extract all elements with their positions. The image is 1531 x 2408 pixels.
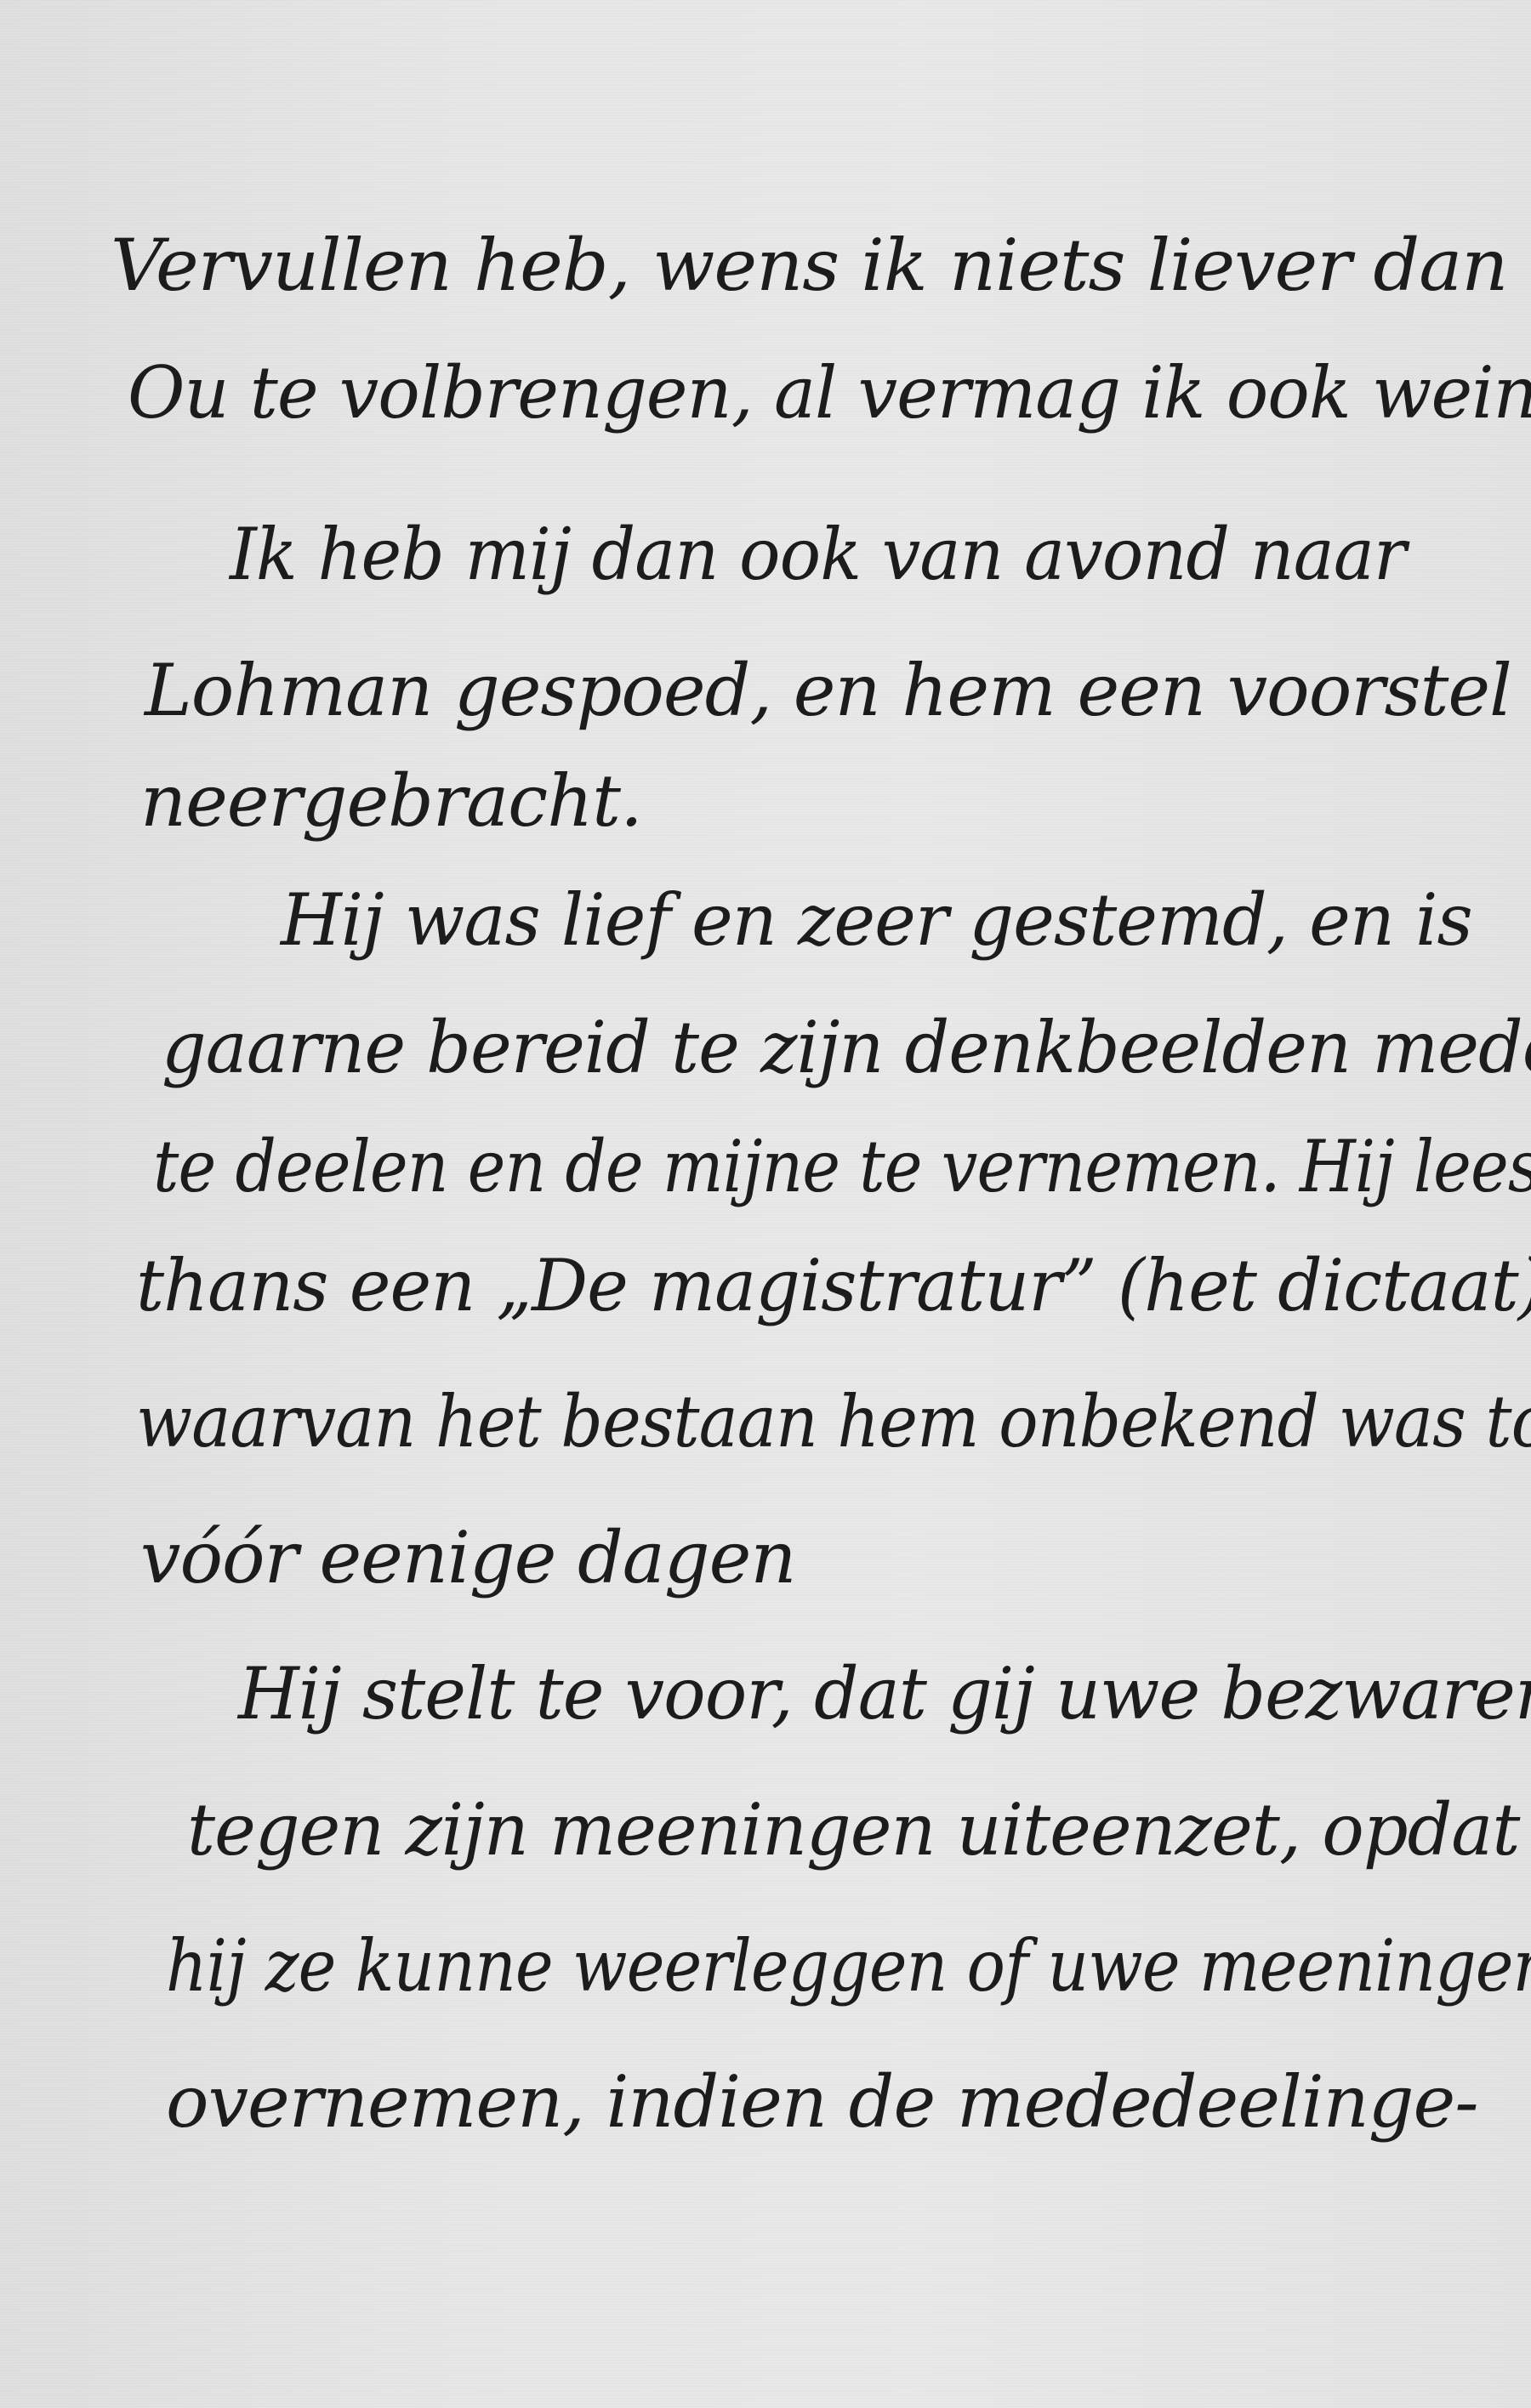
handwritten-line-4: Lohman gespoed, en hem een voorstel (145, 655, 1511, 726)
handwritten-line-12: Hij stelt te voor, dat gij uwe bezwaren (238, 1658, 1531, 1729)
letter-page: Vervullen heb, wens ik niets liever dan … (0, 0, 1531, 2408)
handwritten-line-9: thans een „De magistratur” (het dictaat)… (136, 1250, 1531, 1321)
handwritten-line-7: gaarne bereid te zijn denkbeelden mede (162, 1012, 1531, 1083)
handwritten-line-2: Ou te volbrengen, al vermag ik ook weini… (128, 357, 1531, 429)
handwritten-line-15: overnemen, indien de mededeelinge- (166, 2066, 1478, 2138)
handwritten-line-5: neergebracht. (140, 765, 642, 837)
handwritten-line-6: Hij was lief en zeer gestemd, en is (281, 884, 1472, 956)
handwritten-line-10: waarvan het bestaan hem onbekend was tot (136, 1386, 1531, 1457)
handwritten-line-3: Ik heb mij dan ook van avond naar (230, 519, 1406, 590)
handwritten-line-8: te deelen en de mijne te vernemen. Hij l… (153, 1131, 1531, 1202)
handwritten-line-14: hij ze kunne weerleggen of uwe meeningen (166, 1930, 1531, 2002)
handwritten-line-1: Vervullen heb, wens ik niets liever dan (111, 230, 1507, 301)
handwritten-line-13: tegen zijn meeningen uiteenzet, opdat (187, 1794, 1519, 1866)
handwritten-line-11: vóór eenige dagen (140, 1522, 795, 1593)
